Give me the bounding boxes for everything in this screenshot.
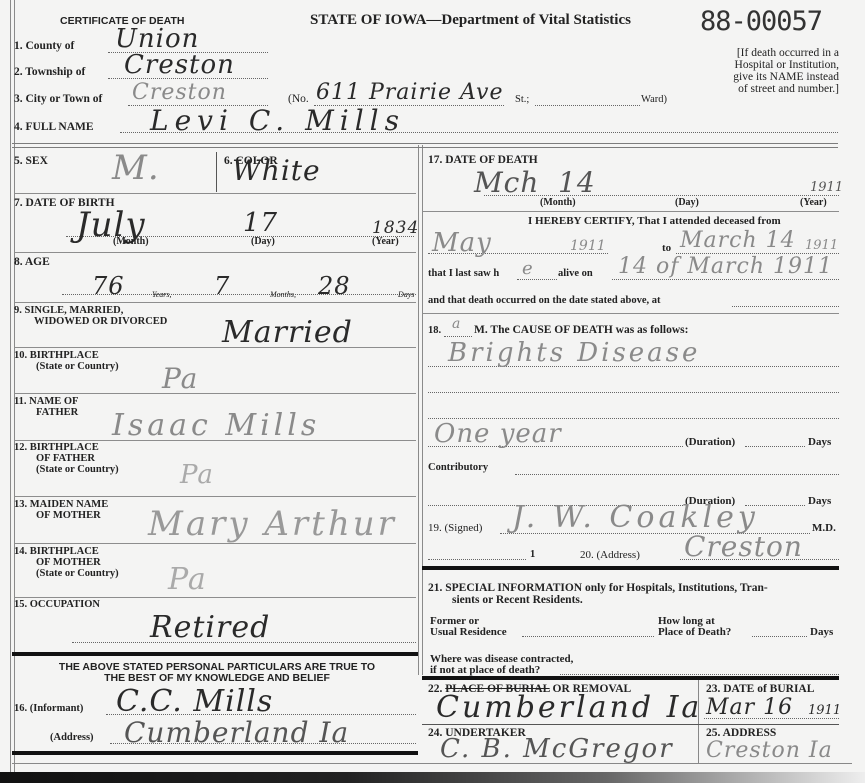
contracted-label: Where was disease contracted, if not at … — [430, 654, 573, 676]
attended-to[interactable]: March 14 — [680, 228, 796, 253]
age-months[interactable]: 7 — [214, 272, 230, 300]
certificate-number: 88-00057 — [700, 6, 822, 37]
dob-day[interactable]: 17 — [243, 208, 278, 238]
color-value[interactable]: White — [232, 154, 321, 187]
death-certificate: CERTIFICATE OF DEATH STATE OF IOWA—Depar… — [0, 0, 865, 783]
age-label: 8. AGE — [14, 256, 50, 268]
last-saw-date-line — [612, 279, 839, 280]
special-title-rest: only for Hospitals, Institutions, Tran- — [582, 582, 768, 594]
cause-label: M. The CAUSE OF DEATH was as follows: — [474, 324, 688, 336]
full-name-label: 4. FULL NAME — [14, 121, 94, 133]
marital-value[interactable]: Married — [222, 315, 353, 350]
mother-birthplace-label-line: OF MOTHER — [14, 557, 119, 568]
duration-value[interactable]: One year — [434, 419, 562, 449]
row-rule — [14, 347, 416, 348]
township-value[interactable]: Creston — [124, 50, 235, 80]
row-rule — [422, 211, 839, 212]
contracted-line — [560, 674, 839, 675]
row-rule — [14, 252, 416, 253]
dod-label: 17. DATE OF DEATH — [428, 154, 538, 166]
attended-from-year[interactable]: 1911 — [570, 238, 606, 254]
to-label: to — [662, 242, 671, 254]
contracted-label-line: if not at place of death? — [430, 665, 573, 676]
contributory-days-label: Days — [808, 495, 831, 507]
row-rule — [14, 496, 416, 497]
months-caption: Months, — [270, 290, 296, 299]
hour-value[interactable]: a — [452, 316, 461, 332]
undertaker-address-value[interactable]: Creston Ia — [706, 738, 833, 763]
dob-year-caption: (Year) — [372, 236, 399, 247]
full-name-value[interactable]: Levi C. Mills — [150, 104, 405, 137]
sign-date: 1 — [530, 549, 535, 560]
township-label: 2. Township of — [14, 66, 85, 78]
row-rule — [422, 313, 839, 314]
father-label: 11. NAME OF FATHER — [14, 396, 78, 418]
hospital-note-line: give its NAME instead — [714, 71, 839, 83]
special-title-line: 21. SPECIAL INFORMATION only for Hospita… — [428, 582, 768, 594]
row-rule — [14, 193, 416, 194]
informant-address-label: (Address) — [50, 732, 94, 743]
bottom-rule — [12, 763, 852, 764]
birthplace-label: 10. BIRTHPLACE (State or Country) — [14, 350, 119, 372]
days-caption: Days — [398, 290, 414, 299]
informant-statement-line: THE BEST OF MY KNOWLEDGE AND BELIEF — [22, 673, 412, 684]
last-saw-suffix[interactable]: e — [522, 258, 534, 279]
informant-label: 16. (Informant) — [14, 703, 83, 714]
how-long-line — [752, 636, 807, 637]
section-rule — [12, 652, 418, 656]
dod-day[interactable]: 14 — [558, 166, 596, 199]
mother-birthplace-label-line: 14. BIRTHPLACE — [14, 546, 119, 557]
section-rule — [422, 566, 839, 570]
former-residence-label-line: Usual Residence — [430, 627, 507, 638]
sex-color-divider — [216, 152, 217, 192]
father-label-line: 11. NAME OF — [14, 396, 78, 407]
informant-value[interactable]: C.C. Mills — [116, 684, 273, 719]
hospital-note: [If death occurred in a Hospital or Inst… — [714, 47, 839, 95]
duration-days-label: Days — [808, 436, 831, 448]
county-label: 1. County of — [14, 40, 74, 52]
father-birthplace-label-line: 12. BIRTHPLACE — [14, 442, 119, 453]
father-birthplace-value[interactable]: Pa — [180, 460, 214, 490]
hour-prefix: 18. — [428, 325, 441, 336]
left-border — [10, 0, 15, 772]
burial-date-label: 23. DATE of BURIAL — [706, 683, 814, 695]
marital-label-line: 9. SINGLE, MARRIED, — [14, 305, 167, 316]
mother-birthplace-label: 14. BIRTHPLACE OF MOTHER (State or Count… — [14, 546, 119, 579]
attended-to-year[interactable]: 1911 — [805, 238, 838, 253]
certify-text: I HEREBY CERTIFY, That I attended deceas… — [528, 215, 781, 227]
alive-on-label: alive on — [558, 268, 593, 279]
years-caption: Years, — [152, 290, 172, 299]
birthplace-value[interactable]: Pa — [162, 362, 198, 395]
mother-birthplace-label-line: (State or Country) — [14, 568, 119, 579]
physician-address-label: 20. (Address) — [580, 549, 640, 561]
contributory-line — [515, 474, 839, 475]
special-title-bold: 21. SPECIAL INFORMATION — [428, 582, 582, 594]
hospital-note-line: Hospital or Institution, — [714, 59, 839, 71]
duration-label: (Duration) — [685, 436, 735, 448]
sex-value[interactable]: M. — [112, 148, 160, 188]
scan-edge — [0, 772, 865, 783]
mother-birthplace-value[interactable]: Pa — [168, 562, 207, 597]
age-years[interactable]: 76 — [92, 272, 125, 300]
city-label: 3. City or Town of — [14, 93, 102, 105]
mother-value[interactable]: Mary Arthur — [148, 504, 397, 544]
occurred-text: and that death occurred on the date stat… — [428, 295, 661, 306]
hospital-note-line: of street and number.] — [714, 83, 839, 95]
mother-label-line: 13. MAIDEN NAME — [14, 499, 108, 510]
burial-date-value[interactable]: Mar 16 — [706, 695, 793, 720]
occurred-line — [732, 306, 839, 307]
informant-address-value[interactable]: Cumberland Ia — [124, 716, 349, 749]
street-suffix: St.; — [515, 94, 529, 105]
burial-date-year[interactable]: 1911 — [808, 703, 841, 718]
father-birthplace-label-line: (State or Country) — [14, 464, 119, 475]
how-long-days-label: Days — [810, 626, 833, 638]
last-saw-prefix: that I last saw h — [428, 268, 499, 279]
signed-label: 19. (Signed) — [428, 522, 482, 534]
birthplace-label-line: (State or Country) — [14, 361, 119, 372]
dod-month-caption: (Month) — [540, 197, 576, 208]
row-rule — [422, 724, 839, 725]
dod-month[interactable]: Mch — [474, 166, 539, 199]
row-rule — [14, 597, 416, 598]
marital-label: 9. SINGLE, MARRIED, WIDOWED OR DIVORCED — [14, 305, 167, 327]
mother-label: 13. MAIDEN NAME OF MOTHER — [14, 499, 108, 521]
cause-value[interactable]: Brights Disease — [448, 338, 700, 368]
contributory-label: Contributory — [428, 462, 488, 473]
special-title: 21. SPECIAL INFORMATION only for Hospita… — [428, 582, 768, 606]
sign-date-line — [428, 559, 526, 560]
father-birthplace-label: 12. BIRTHPLACE OF FATHER (State or Count… — [14, 442, 119, 475]
attended-from[interactable]: May — [432, 228, 492, 258]
occupation-label: 15. OCCUPATION — [14, 599, 100, 610]
marital-label-line: WIDOWED OR DIVORCED — [14, 316, 167, 327]
md-label: M.D. — [812, 522, 836, 534]
special-title-line: sients or Recent Residents. — [428, 594, 768, 606]
city-value[interactable]: Creston — [132, 80, 227, 105]
how-long-label: How long at Place of Death? — [658, 616, 731, 638]
state-title: STATE OF IOWA—Department of Vital Statis… — [310, 12, 631, 29]
father-value[interactable]: Isaac Mills — [112, 408, 320, 443]
dod-year[interactable]: 1911 — [810, 180, 843, 195]
street-value[interactable]: 611 Prairie Ave — [316, 80, 503, 105]
sex-label: 5. SEX — [14, 155, 48, 167]
dob-year[interactable]: 1834 — [372, 218, 419, 238]
father-birthplace-label-line: OF FATHER — [14, 453, 119, 464]
ward-suffix: Ward) — [641, 94, 667, 105]
last-saw-date[interactable]: 14 of March 1911 — [618, 254, 833, 279]
burial-place-value[interactable]: Cumberland Ia — [436, 690, 702, 725]
row-rule — [14, 543, 416, 544]
informant-statement: THE ABOVE STATED PERSONAL PARTICULARS AR… — [22, 662, 412, 684]
cause-line-2 — [428, 392, 839, 393]
birthplace-label-line: 10. BIRTHPLACE — [14, 350, 119, 361]
row-rule — [14, 393, 416, 394]
dob-day-caption: (Day) — [251, 236, 275, 247]
mother-label-line: OF MOTHER — [14, 510, 108, 521]
duration-days-line — [745, 446, 805, 447]
occupation-value[interactable]: Retired — [150, 610, 270, 645]
section-rule — [422, 676, 839, 680]
physician-address-value[interactable]: Creston — [684, 530, 803, 563]
dod-day-caption: (Day) — [675, 197, 699, 208]
dod-year-caption: (Year) — [800, 197, 827, 208]
how-long-label-line: Place of Death? — [658, 627, 731, 638]
row-rule — [14, 440, 416, 441]
former-residence-label: Former or Usual Residence — [430, 616, 507, 638]
hospital-note-line: [If death occurred in a — [714, 47, 839, 59]
section-rule — [12, 751, 418, 755]
former-residence-line — [522, 636, 654, 637]
undertaker-value[interactable]: C. B. McGregor — [440, 734, 674, 764]
row-rule — [14, 302, 416, 303]
father-label-line: FATHER — [14, 407, 78, 418]
dob-month-caption: (Month) — [113, 236, 149, 247]
ward-line — [535, 105, 640, 106]
age-days[interactable]: 28 — [318, 272, 351, 300]
hour-line — [444, 336, 472, 337]
last-saw-pronoun-line — [517, 279, 557, 280]
